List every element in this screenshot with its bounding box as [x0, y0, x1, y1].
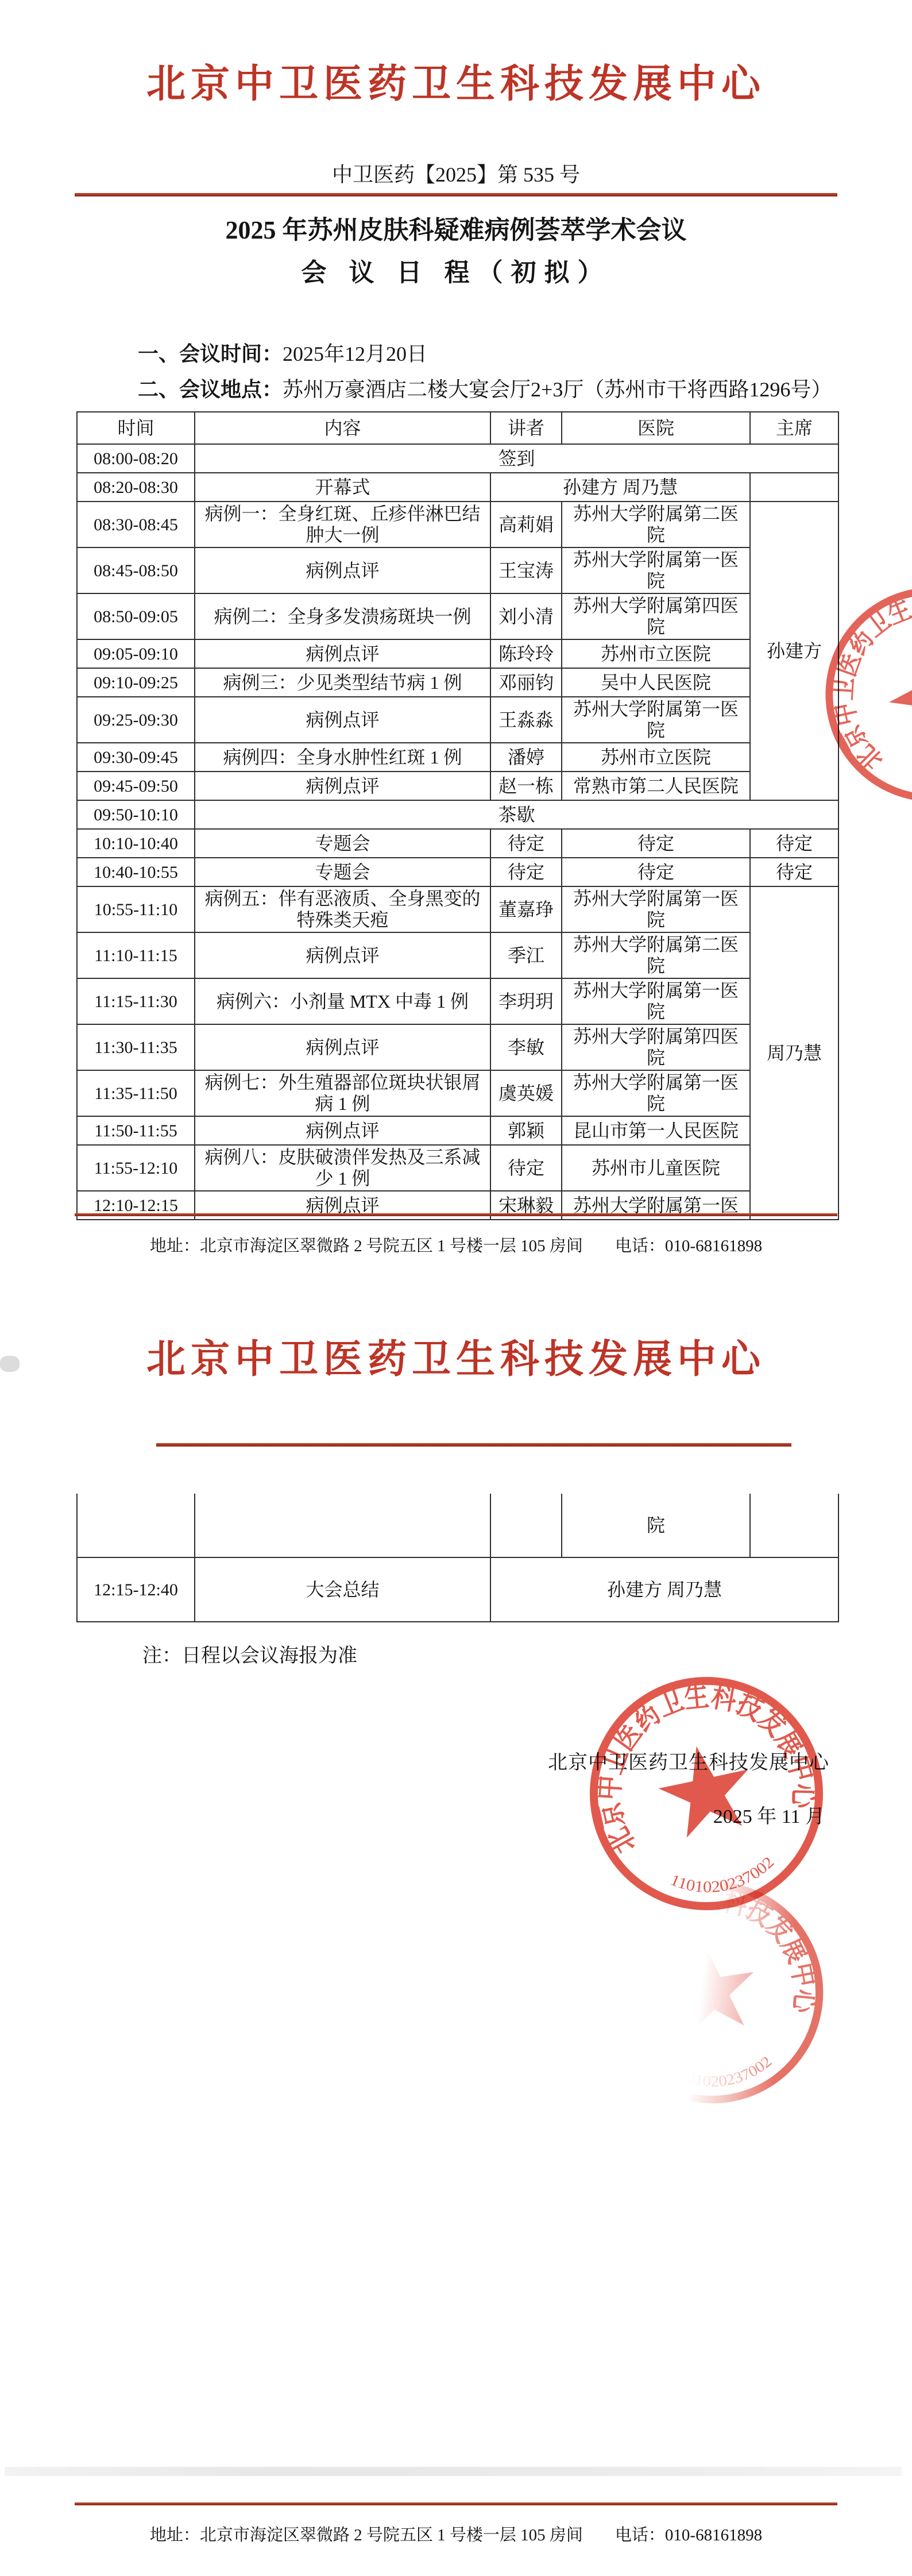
column-header: 内容	[195, 412, 490, 444]
time-cell: 08:45-08:50	[77, 547, 195, 593]
schedule-cell: 苏州大学附属第一医院	[562, 547, 750, 593]
schedule-cell: 待定	[562, 829, 750, 858]
schedule-cell: 签到	[195, 444, 838, 473]
time-cell: 08:50-09:05	[77, 593, 195, 639]
schedule-cell	[195, 1494, 490, 1557]
time-cell: 11:15-11:30	[77, 978, 195, 1024]
time-cell: 10:10-10:40	[77, 829, 195, 858]
schedule-cell: 待定	[750, 858, 838, 886]
table-row: 11:35-11:50病例七：外生殖器部位斑块状银屑病 1 例虞英媛苏州大学附属…	[77, 1070, 838, 1116]
schedule-cell: 苏州大学附属第一医院	[562, 886, 750, 932]
scan-band-artifact	[5, 2467, 902, 2476]
schedule-cell: 苏州市立医院	[562, 639, 750, 668]
letterhead-rule-page2	[156, 1443, 791, 1447]
schedule-cell: 孙建方 周乃慧	[490, 473, 750, 502]
schedule-cell: 苏州大学附属第二医院	[562, 502, 750, 547]
column-header: 医院	[562, 412, 750, 444]
schedule-cell: 李玥玥	[490, 978, 562, 1024]
schedule-cell: 苏州大学附属第一医院	[562, 978, 750, 1024]
schedule-cell: 院	[562, 1494, 750, 1557]
meeting-place-value: 苏州万豪酒店二楼大宴会厅2+3厅（苏州市干将西路1296号）	[283, 378, 832, 401]
schedule-cell: 陈玲玲	[490, 639, 562, 668]
schedule-cell: 王淼淼	[490, 697, 562, 743]
schedule-cell: 待定	[490, 858, 562, 886]
table-row: 10:40-10:55专题会待定待定待定	[77, 858, 838, 886]
table-row: 09:50-10:10茶歇	[77, 800, 838, 829]
schedule-cell: 病例点评	[195, 1024, 490, 1070]
table-row: 11:50-11:55病例点评郭颖昆山市第一人民医院	[77, 1116, 838, 1145]
schedule-cell: 李敏	[490, 1024, 562, 1070]
schedule-cell: 常熟市第二人民医院	[562, 772, 750, 800]
schedule-cell: 病例六：小剂量 MTX 中毒 1 例	[195, 978, 490, 1024]
time-cell: 11:55-12:10	[77, 1145, 195, 1191]
footer-page1: 地址：北京市海淀区翠微路 2 号院五区 1 号楼一层 105 房间电话：010-…	[0, 1233, 912, 1256]
schedule-cell: 苏州大学附属第四医院	[562, 593, 750, 639]
time-cell: 10:40-10:55	[77, 858, 195, 886]
schedule-cell: 苏州市立医院	[562, 743, 750, 772]
footer-address: 地址：北京市海淀区翠微路 2 号院五区 1 号楼一层 105 房间	[150, 2526, 583, 2544]
document-number: 中卫医药【2025】第 535 号	[0, 159, 912, 188]
time-cell: 09:45-09:50	[77, 772, 195, 800]
schedule-cell: 苏州大学附属第一医院	[562, 697, 750, 743]
table-row: 09:10-09:25病例三：少见类型结节病 1 例邓丽钧吴中人民医院	[77, 668, 838, 697]
schedule-cell: 大会总结	[195, 1557, 490, 1622]
schedule-cell: 病例二：全身多发溃疡斑块一例	[195, 593, 490, 639]
seal-star-icon	[875, 635, 912, 746]
table-row: 院	[77, 1494, 838, 1557]
conference-title: 2025 年苏州皮肤科疑难病例荟萃学术会议	[0, 209, 912, 246]
schedule-cell: 周乃慧	[750, 886, 838, 1220]
table-row: 11:15-11:30病例六：小剂量 MTX 中毒 1 例李玥玥苏州大学附属第一…	[77, 978, 838, 1024]
time-cell: 09:30-09:45	[77, 743, 195, 772]
footer-phone: 电话：010-68161898	[615, 2526, 762, 2544]
table-row: 11:30-11:35病例点评李敏苏州大学附属第四医院	[77, 1024, 838, 1070]
schedule-cell: 赵一栋	[490, 772, 562, 800]
schedule-cell	[490, 1494, 562, 1557]
schedule-cell: 专题会	[195, 829, 490, 858]
table-row: 09:25-09:30病例点评王淼淼苏州大学附属第一医院	[77, 697, 838, 743]
schedule-cell: 潘婷	[490, 743, 562, 772]
seal-star-icon	[651, 1737, 759, 1841]
time-cell: 08:20-08:30	[77, 473, 195, 502]
schedule-cell: 病例一：全身红斑、丘疹伴淋巴结肿大一例	[195, 502, 490, 547]
table-row: 08:20-08:30开幕式孙建方 周乃慧	[77, 473, 838, 502]
schedule-cell: 郭颖	[490, 1116, 562, 1145]
table-row: 08:45-08:50病例点评王宝涛苏州大学附属第一医院	[77, 547, 838, 593]
letterhead-org-title-page1: 北京中卫医药卫生科技发展中心	[0, 53, 912, 109]
schedule-cell: 病例四：全身水肿性红斑 1 例	[195, 743, 490, 772]
schedule-cell	[750, 473, 838, 502]
table-row: 10:55-11:10病例五：伴有恶液质、全身黑变的特殊类天疱董嘉琤苏州大学附属…	[77, 886, 838, 932]
document-page: 北京中卫医药卫生科技发展中心 中卫医药【2025】第 535 号 2025 年苏…	[0, 0, 912, 2576]
table-row: 11:55-12:10病例八：皮肤破溃伴发热及三系减少 1 例待定苏州市儿童医院	[77, 1145, 838, 1191]
schedule-cell: 王宝涛	[490, 547, 562, 593]
schedule-cell: 病例点评	[195, 547, 490, 593]
table-row: 12:15-12:40大会总结孙建方 周乃慧	[77, 1557, 838, 1622]
table-row: 08:50-09:05病例二：全身多发溃疡斑块一例刘小清苏州大学附属第四医院	[77, 593, 838, 639]
time-cell: 11:30-11:35	[77, 1024, 195, 1070]
table-row: 08:30-08:45病例一：全身红斑、丘疹伴淋巴结肿大一例高莉娟苏州大学附属第…	[77, 502, 838, 547]
schedule-cell: 病例七：外生殖器部位斑块状银屑病 1 例	[195, 1070, 490, 1116]
time-cell: 11:10-11:15	[77, 932, 195, 978]
seal-star-icon	[663, 1941, 761, 2035]
time-cell: 12:15-12:40	[77, 1557, 195, 1622]
footer-address: 地址：北京市海淀区翠微路 2 号院五区 1 号楼一层 105 房间	[150, 1237, 583, 1255]
schedule-cell: 孙建方 周乃慧	[490, 1557, 838, 1622]
schedule-cell: 待定	[490, 829, 562, 858]
table-row: 09:30-09:45病例四：全身水肿性红斑 1 例潘婷苏州市立医院	[77, 743, 838, 772]
schedule-cell: 吴中人民医院	[562, 668, 750, 697]
schedule-cell: 病例点评	[195, 932, 490, 978]
time-cell: 09:25-09:30	[77, 697, 195, 743]
schedule-cell: 邓丽钧	[490, 668, 562, 697]
time-cell: 11:35-11:50	[77, 1070, 195, 1116]
table-row: 10:10-10:40专题会待定待定待定	[77, 829, 838, 858]
table-row: 08:00-08:20签到	[77, 444, 838, 473]
schedule-cell: 茶歇	[195, 800, 838, 829]
time-cell: 09:05-09:10	[77, 639, 195, 668]
meeting-place-line: 二、会议地点：苏州万豪酒店二楼大宴会厅2+3厅（苏州市干将西路1296号）	[138, 373, 832, 403]
meeting-time-value: 2025年12月20日	[283, 342, 427, 365]
meeting-time-line: 一、会议时间：2025年12月20日	[138, 338, 427, 367]
meeting-place-label: 二、会议地点：	[138, 378, 283, 401]
footer-rule-page1	[75, 1213, 837, 1216]
agenda-subtitle: 会 议 日 程（初拟）	[0, 252, 912, 288]
schedule-cell: 董嘉琤	[490, 886, 562, 932]
schedule-cell: 病例五：伴有恶液质、全身黑变的特殊类天疱	[195, 886, 490, 932]
time-cell: 09:10-09:25	[77, 668, 195, 697]
column-header: 主席	[750, 412, 838, 444]
schedule-cell: 苏州大学附属第二医院	[562, 932, 750, 978]
schedule-cell: 病例点评	[195, 772, 490, 800]
time-cell: 09:50-10:10	[77, 800, 195, 829]
official-seal-faded-page2: 北京中卫医药卫生科技发展中心1101020237002	[582, 1862, 842, 2122]
footer-rule-page2	[75, 2502, 837, 2505]
schedule-cell: 病例点评	[195, 697, 490, 743]
schedule-cell: 病例点评	[195, 639, 490, 668]
seal-graphic: 北京中卫医药卫生科技发展中心1101020237002	[582, 1862, 842, 2122]
column-header: 时间	[77, 412, 195, 444]
table-header-row: 时间内容讲者医院主席	[77, 412, 838, 444]
table-row: 09:45-09:50病例点评赵一栋常熟市第二人民医院	[77, 772, 838, 800]
schedule-table-page1: 时间内容讲者医院主席08:00-08:20签到08:20-08:30开幕式孙建方…	[76, 411, 839, 1220]
schedule-cell: 病例点评	[195, 1116, 490, 1145]
table-row: 09:05-09:10病例点评陈玲玲苏州市立医院	[77, 639, 838, 668]
schedule-cell: 季江	[490, 932, 562, 978]
column-header: 讲者	[490, 412, 562, 444]
letterhead-org-title-page2: 北京中卫医药卫生科技发展中心	[0, 1328, 912, 1384]
schedule-cell: 刘小清	[490, 593, 562, 639]
letterhead-rule-page1	[75, 193, 837, 196]
meeting-time-label: 一、会议时间：	[138, 342, 283, 365]
schedule-cell: 苏州大学附属第一医院	[562, 1070, 750, 1116]
schedule-table-page2: 院12:15-12:40大会总结孙建方 周乃慧	[76, 1494, 839, 1622]
table-row: 11:10-11:15病例点评季江苏州大学附属第二医院	[77, 932, 838, 978]
time-cell: 08:00-08:20	[77, 444, 195, 473]
time-cell	[77, 1494, 195, 1557]
schedule-cell: 待定	[562, 858, 750, 886]
schedule-cell: 待定	[750, 829, 838, 858]
schedule-cell: 苏州大学附属第四医院	[562, 1024, 750, 1070]
footer-page2: 地址：北京市海淀区翠微路 2 号院五区 1 号楼一层 105 房间电话：010-…	[0, 2522, 912, 2546]
time-cell: 10:55-11:10	[77, 886, 195, 932]
schedule-cell: 开幕式	[195, 473, 490, 502]
footer-phone: 电话：010-68161898	[615, 1237, 762, 1255]
schedule-cell: 病例三：少见类型结节病 1 例	[195, 668, 490, 697]
schedule-cell: 苏州市儿童医院	[562, 1145, 750, 1191]
schedule-cell: 病例八：皮肤破溃伴发热及三系减少 1 例	[195, 1145, 490, 1191]
schedule-cell: 虞英媛	[490, 1070, 562, 1116]
schedule-cell: 昆山市第一人民医院	[562, 1116, 750, 1145]
agenda-note: 注：日程以会议海报为准	[142, 1640, 357, 1668]
schedule-cell: 高莉娟	[490, 502, 562, 547]
time-cell: 11:50-11:55	[77, 1116, 195, 1145]
schedule-cell	[750, 1494, 838, 1557]
schedule-cell: 待定	[490, 1145, 562, 1191]
schedule-cell: 专题会	[195, 858, 490, 886]
time-cell: 08:30-08:45	[77, 502, 195, 547]
